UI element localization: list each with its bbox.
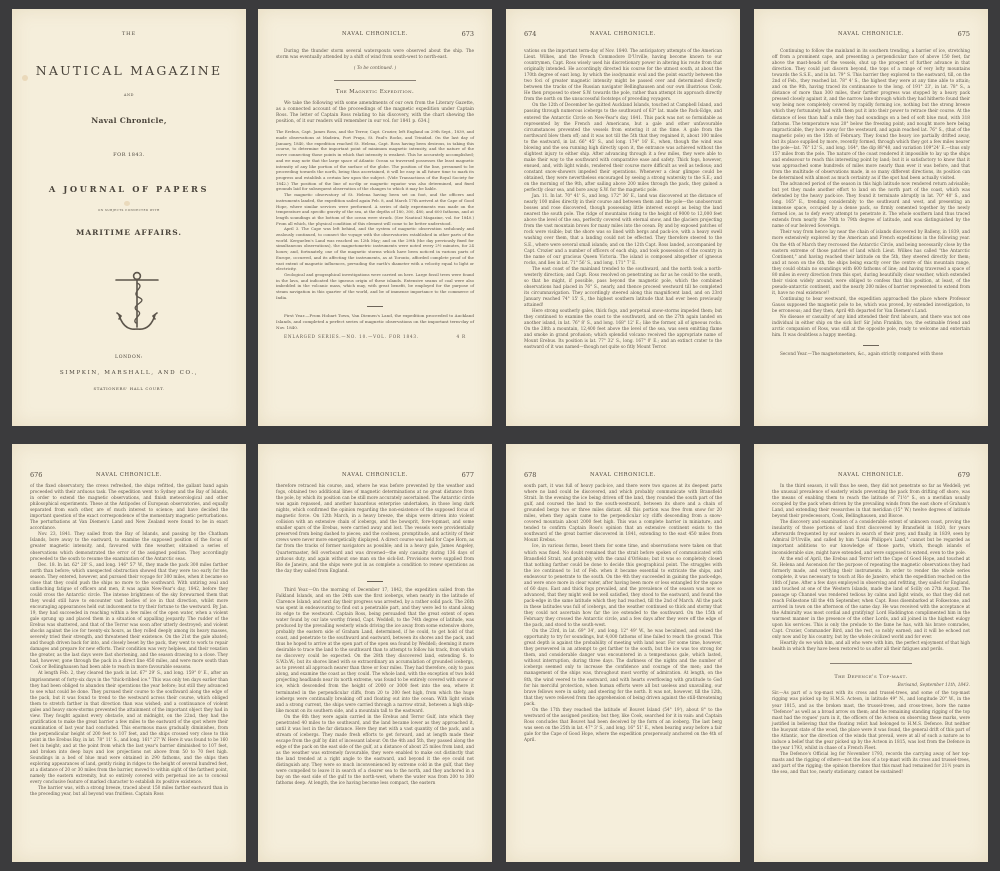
paper-stain xyxy=(124,201,130,206)
page-body: During the thunder storm several watersp… xyxy=(276,49,474,340)
letter-paragraph: The Defence's Official log for November … xyxy=(772,752,970,776)
divider xyxy=(367,581,383,582)
running-head: 678 NAVAL CHRONICLE. xyxy=(524,472,722,482)
paragraph: On the 23rd, in lat. 69° 34', and long. … xyxy=(524,629,722,708)
paragraph: No disease or casualty of any kind atten… xyxy=(772,315,970,339)
page-679: NAVAL CHRONICLE. 679 In the third season… xyxy=(754,444,988,862)
paragraph: April 3. The Cape was left behind, and t… xyxy=(276,226,474,272)
divider xyxy=(367,306,383,307)
title-the: THE xyxy=(12,31,246,37)
magazine-title: NAUTICAL MAGAZINE xyxy=(12,63,246,78)
title-journal: A JOURNAL OF PAPERS xyxy=(12,184,246,194)
paragraph: vations on the important term-day of Nov… xyxy=(524,49,722,103)
page-675: NAVAL CHRONICLE. 675 Continuing to follo… xyxy=(754,9,988,426)
running-head-title: NAVAL CHRONICLE. xyxy=(772,472,970,478)
running-head: 674 NAVAL CHRONICLE. xyxy=(524,31,722,41)
paragraph: Continuing to follow the mainland in its… xyxy=(772,49,970,182)
page-number: 673 xyxy=(462,30,474,38)
running-head: 676 NAVAL CHRONICLE. xyxy=(30,472,228,482)
paragraph: The Erebus, Capt. James Ross, and the Te… xyxy=(276,129,474,192)
running-head-title: NAVAL CHRONICLE. xyxy=(276,31,474,37)
paragraph: The magnetic observatory of St. Helena h… xyxy=(276,192,474,226)
editor-note: We take the following with some amendmen… xyxy=(276,101,474,125)
imprint-city: LONDON: xyxy=(12,355,246,360)
paragraph: On the 6th they were again carried in th… xyxy=(276,715,474,788)
page-body: In the third season, it will thus be see… xyxy=(772,484,970,776)
paragraph: Dec. 18. In lat. 62° 20' S., and long. 1… xyxy=(30,563,228,672)
paragraph: south part, it was full of heavy pack-ic… xyxy=(524,484,722,544)
paragraph: therefore retraced his course, and, wher… xyxy=(276,484,474,575)
page-body: of the fixed observatory, the crews refr… xyxy=(30,484,228,798)
paragraph: The discovery and examination of a consi… xyxy=(772,520,970,556)
paragraph: Ice, in various forms, beset them for so… xyxy=(524,544,722,629)
page-number: 679 xyxy=(958,471,970,479)
title-year: FOR 1843. xyxy=(12,152,246,158)
running-head-title: NAVAL CHRONICLE. xyxy=(276,472,474,478)
paragraph: At the end of April, the Erebus and Terr… xyxy=(772,557,970,642)
paragraph: The advanced period of the season in thi… xyxy=(772,182,970,230)
paragraph: Here strong southerly gales, thick fogs,… xyxy=(524,309,722,351)
page-body: therefore retraced his course, and, wher… xyxy=(276,484,474,787)
page-676: 676 NAVAL CHRONICLE. of the fixed observ… xyxy=(12,444,246,862)
anchor-icon xyxy=(114,271,160,335)
paragraph: On the 12th of December he quitted Auckl… xyxy=(524,103,722,194)
paragraph: In the third season, it will thus be see… xyxy=(772,484,970,520)
page-number: 677 xyxy=(462,471,474,479)
paragraph: Third Year.—On the morning of December 1… xyxy=(276,588,474,715)
paragraph: Geological and geographical investigatio… xyxy=(276,272,474,301)
running-head-title: NAVAL CHRONICLE. xyxy=(772,31,970,37)
page-title-page: THE NAUTICAL MAGAZINE AND Naval Chronicl… xyxy=(12,9,246,426)
running-head-title: NAVAL CHRONICLE. xyxy=(524,31,722,37)
closing-paragraph: First Year.—From Hobart Town, Van Diemen… xyxy=(276,313,474,330)
page-677: NAVAL CHRONICLE. 677 therefore retraced … xyxy=(258,444,492,862)
closing-paragraph: Second Year.—The magnetometers, &c., aga… xyxy=(772,352,970,358)
page-673: NAVAL CHRONICLE. 673 During the thunder … xyxy=(258,9,492,426)
title-on-subjects: ON SUBJECTS CONNECTED WITH xyxy=(12,208,246,212)
section-title: The Defence's Top-mast. xyxy=(772,674,970,680)
series-info: ENLARGED SERIES.—NO. 10.—VOL. FOR 1843. xyxy=(284,334,419,340)
signature-line: ENLARGED SERIES.—NO. 10.—VOL. FOR 1843. … xyxy=(276,334,474,340)
paragraph: Continuing to bear westward, the expedit… xyxy=(772,297,970,315)
paragraph: On the 17th they reached the latitude of… xyxy=(524,708,722,744)
to-be-continued: ( To be continued. ) xyxy=(276,66,474,72)
page-number: 675 xyxy=(958,30,970,38)
page-678: 678 NAVAL CHRONICLE. south part, it was … xyxy=(506,444,740,862)
title-maritime: MARITIME AFFAIRS. xyxy=(12,228,246,237)
divider xyxy=(863,345,879,346)
section-title: The Magnetic Expedition. xyxy=(276,89,474,95)
running-head-title: NAVAL CHRONICLE. xyxy=(30,472,228,478)
paragraph: of the fixed observatory, the crews refr… xyxy=(30,484,228,532)
paragraph: Heartily do we wish him, and all who wer… xyxy=(772,641,970,653)
page-body: Continuing to follow the mainland in its… xyxy=(772,49,970,358)
page-674: 674 NAVAL CHRONICLE. vations on the impo… xyxy=(506,9,740,426)
imprint-publisher: SIMPKIN, MARSHALL, AND CO., xyxy=(12,370,246,376)
running-head: NAVAL CHRONICLE. 673 xyxy=(276,31,474,41)
page-body: vations on the important term-day of Nov… xyxy=(524,49,722,351)
paragraph: Nov. 23, 1841. They sailed from the Bay … xyxy=(30,532,228,562)
paragraph: During the thunder storm several watersp… xyxy=(276,49,474,61)
paragraph: The barrier was, with a strong breeze, t… xyxy=(30,786,228,798)
imprint-address: STATIONERS' HALL COURT. xyxy=(12,386,246,391)
section-divider xyxy=(830,663,912,664)
paragraph: The east coast of the mainland trended t… xyxy=(524,267,722,309)
paragraph: Jan. 11. In lat. 70° 41' S., and long. 1… xyxy=(524,194,722,267)
signature-mark: 4 R xyxy=(456,334,466,340)
magazine-subtitle: Naval Chronicle, xyxy=(12,116,246,125)
running-head-title: NAVAL CHRONICLE. xyxy=(524,472,722,478)
page-body: south part, it was full of heavy pack-ic… xyxy=(524,484,722,744)
dateline: Borisand, September 11th, 1843. xyxy=(772,683,970,689)
title-and: AND xyxy=(12,93,246,97)
letter-paragraph: Sir.—As part of a top-mast with its cros… xyxy=(772,691,970,751)
running-head: NAVAL CHRONICLE. 677 xyxy=(276,472,474,482)
running-head: NAVAL CHRONICLE. 679 xyxy=(772,472,970,482)
running-head: NAVAL CHRONICLE. 675 xyxy=(772,31,970,41)
section-divider xyxy=(334,80,416,81)
paragraph: At length Feb. 2, they cleared the pack … xyxy=(30,671,228,786)
paragraph: Their way from hence lay near the chain … xyxy=(772,230,970,297)
